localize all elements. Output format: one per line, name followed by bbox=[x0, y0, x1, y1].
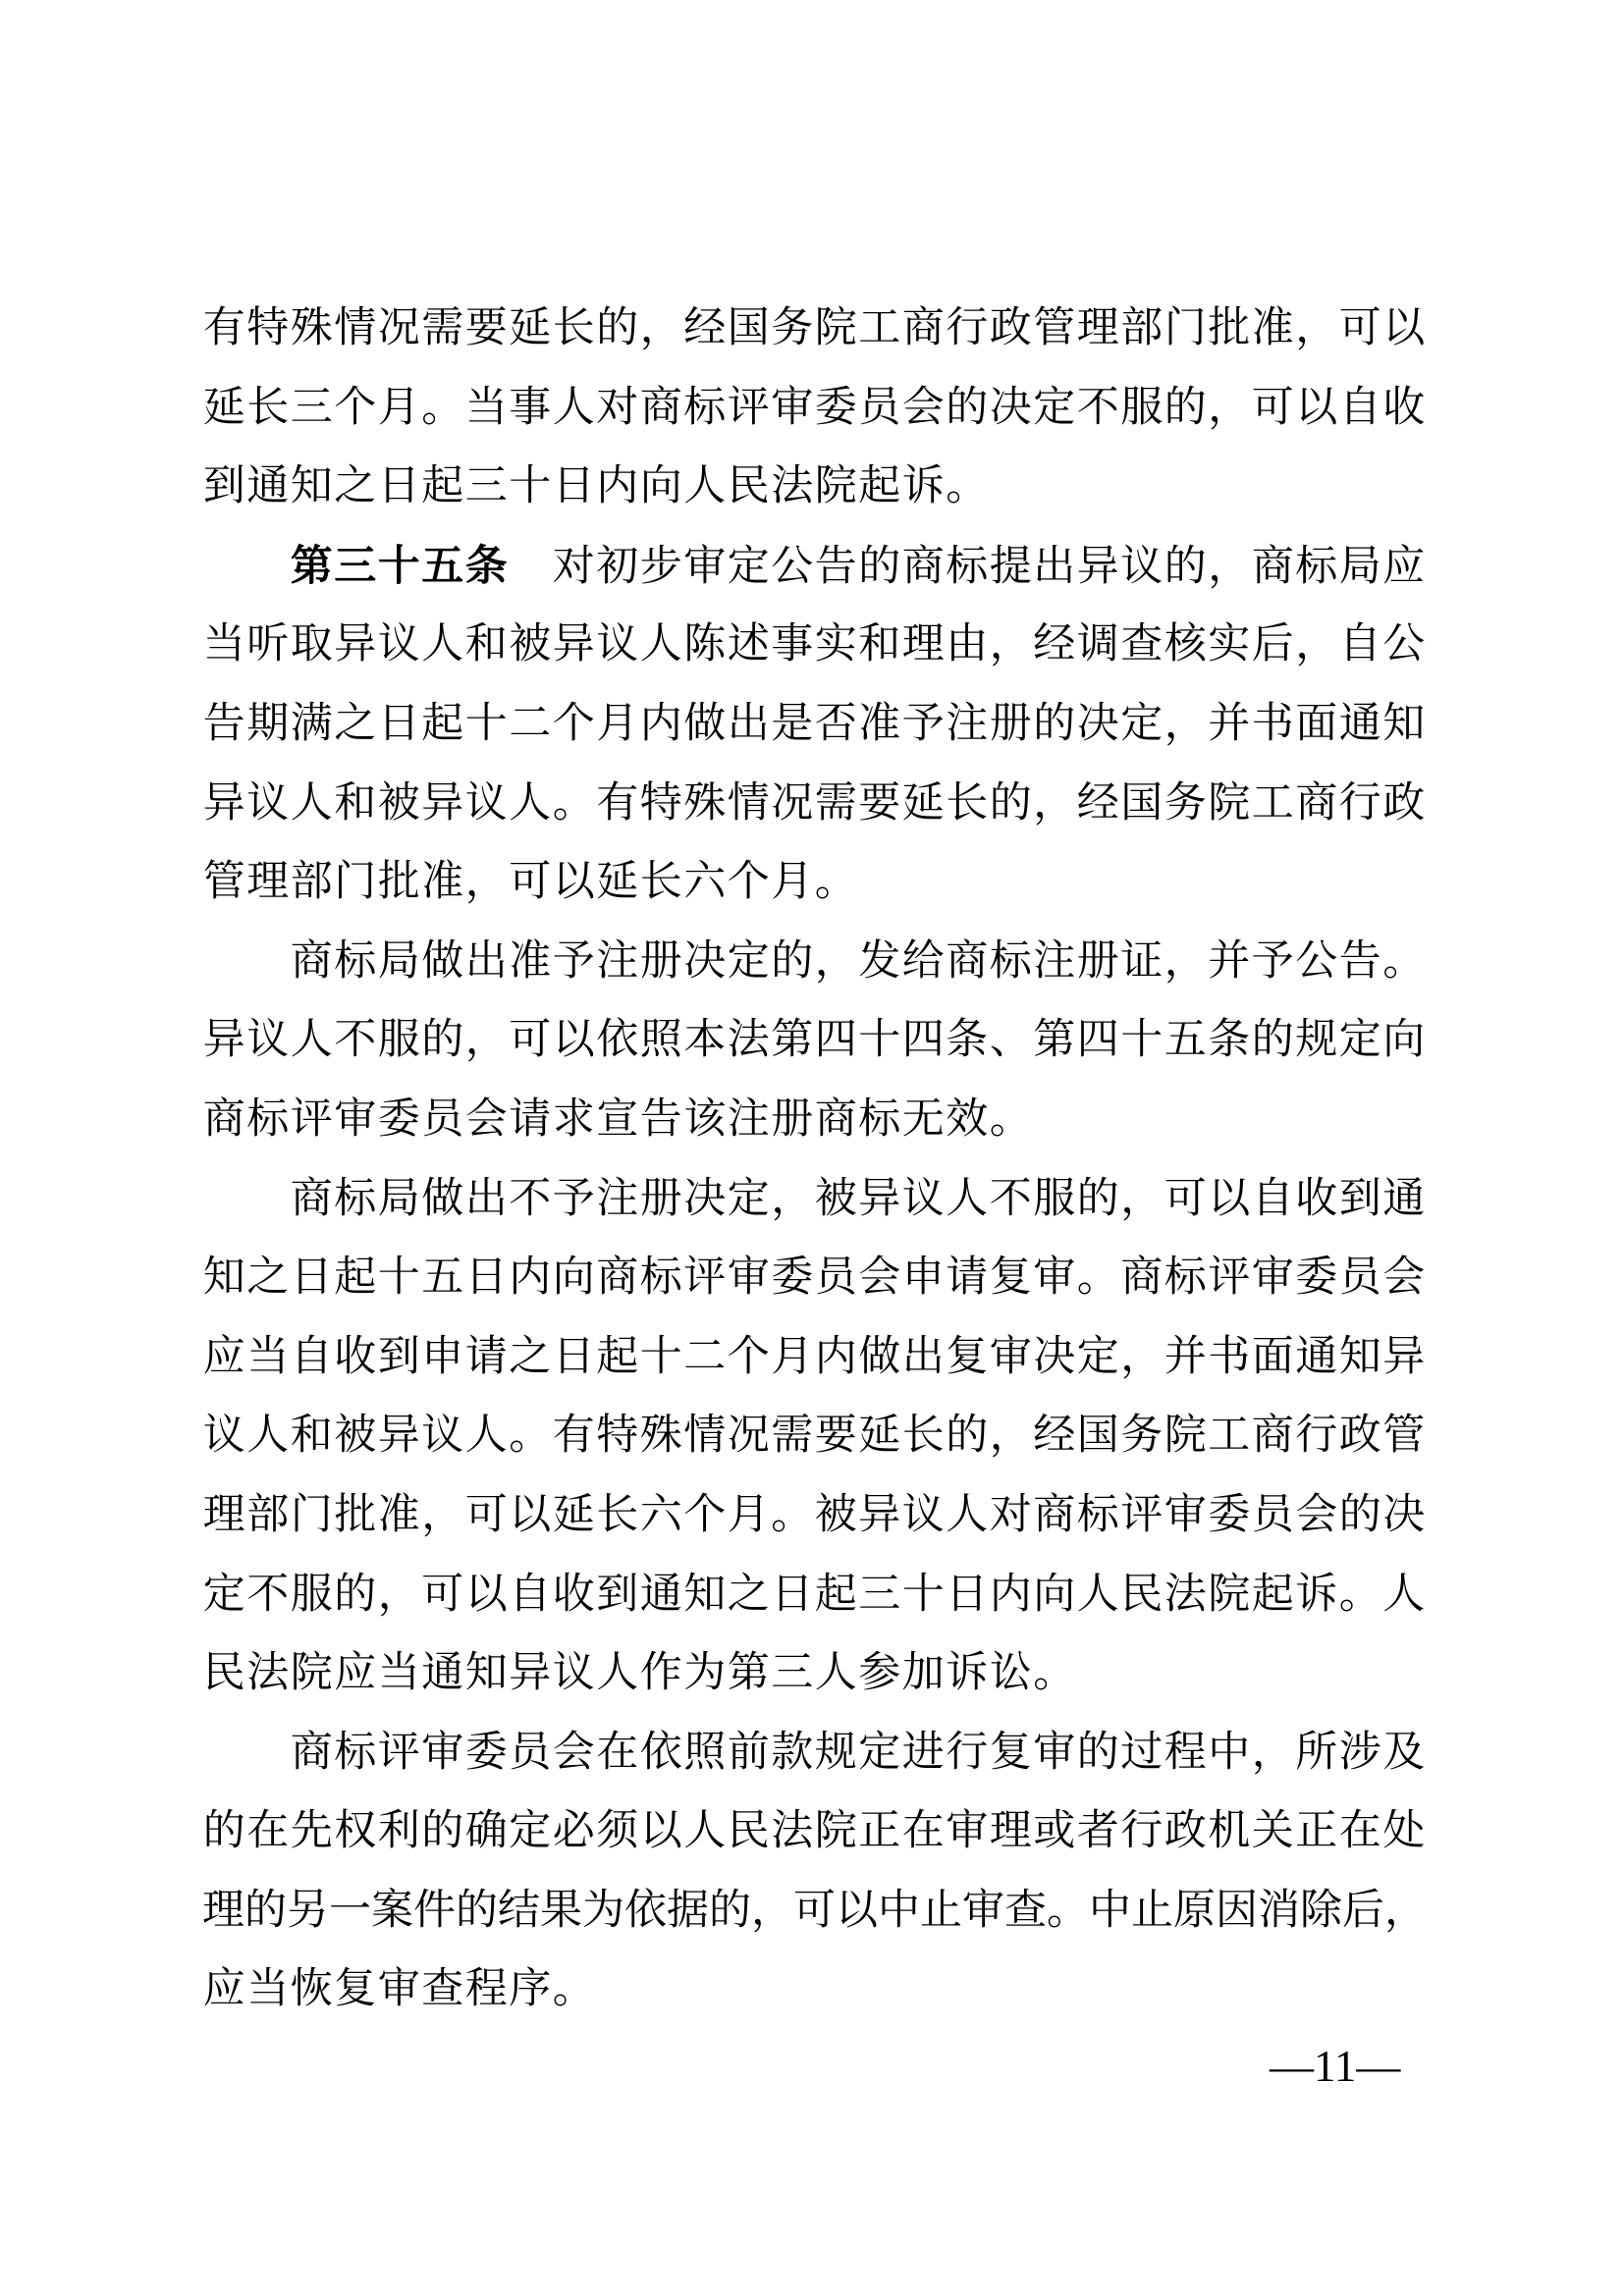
text-line: 管理部门批准，可以延长六个月。 bbox=[202, 843, 1430, 923]
text-line: 民法院应当通知异议人作为第三人参加诉讼。 bbox=[202, 1634, 1430, 1714]
text-run: 对初步审定公告的商标提出异议的，商标局应 bbox=[509, 544, 1427, 590]
text-line: 知之日起十五日内向商标评审委员会申请复审。商标评审委员会 bbox=[202, 1239, 1430, 1318]
text-run: 商标评审委员会在依照前款规定进行复审的过程中，所涉及 bbox=[290, 1730, 1426, 1776]
text-run: 应当自收到申请之日起十二个月内做出复审决定，并书面通知异 bbox=[202, 1334, 1426, 1380]
text-line: 第三十五条 对初步审定公告的商标提出异议的，商标局应 bbox=[202, 527, 1430, 607]
text-line: 理的另一案件的结果为依据的，可以中止审查。中止原因消除后， bbox=[202, 1872, 1430, 1951]
text-line: 异议人和被异议人。有特殊情况需要延长的，经国务院工商行政 bbox=[202, 765, 1430, 844]
text-run: 的在先权利的确定必须以人民法院正在审理或者行政机关正在处 bbox=[202, 1808, 1426, 1854]
text-run: 异议人和被异议人。有特殊情况需要延长的，经国务院工商行政 bbox=[202, 780, 1426, 827]
text-run: 到通知之日起三十日内向人民法院起诉。 bbox=[202, 463, 989, 509]
text-line: 告期满之日起十二个月内做出是否准予注册的决定，并书面通知 bbox=[202, 685, 1430, 765]
text-line: 商标局做出准予注册决定的，发给商标注册证，并予公告。 bbox=[202, 923, 1430, 1002]
text-line: 理部门批准，可以延长六个月。被异议人对商标评审委员会的决 bbox=[202, 1476, 1430, 1556]
text-line: 商标评审委员会请求宣告该注册商标无效。 bbox=[202, 1081, 1430, 1160]
text-line: 议人和被异议人。有特殊情况需要延长的，经国务院工商行政管 bbox=[202, 1397, 1430, 1476]
text-line: 应当自收到申请之日起十二个月内做出复审决定，并书面通知异 bbox=[202, 1318, 1430, 1398]
text-line: 定不服的，可以自收到通知之日起三十日内向人民法院起诉。人 bbox=[202, 1556, 1430, 1635]
text-run: 有特殊情况需要延长的，经国务院工商行政管理部门批准，可以 bbox=[202, 305, 1426, 351]
text-line: 的在先权利的确定必须以人民法院正在审理或者行政机关正在处 bbox=[202, 1792, 1430, 1872]
text-run: 商标评审委员会请求宣告该注册商标无效。 bbox=[202, 1096, 1033, 1143]
text-run: 理的另一案件的结果为依据的，可以中止审查。中止原因消除后， bbox=[202, 1888, 1427, 1934]
text-run: 商标局做出不予注册决定，被异议人不服的，可以自收到通 bbox=[290, 1176, 1426, 1222]
text-line: 异议人不服的，可以依照本法第四十四条、第四十五条的规定向 bbox=[202, 1001, 1430, 1081]
text-run: 商标局做出准予注册决定的，发给商标注册证，并予公告。 bbox=[290, 938, 1426, 985]
text-run: 议人和被异议人。有特殊情况需要延长的，经国务院工商行政管 bbox=[202, 1413, 1426, 1459]
document-body: 有特殊情况需要延长的，经国务院工商行政管理部门批准，可以延长三个月。当事人对商标… bbox=[202, 290, 1430, 2030]
text-line: 商标评审委员会在依照前款规定进行复审的过程中，所涉及 bbox=[202, 1714, 1430, 1793]
text-line: 到通知之日起三十日内向人民法院起诉。 bbox=[202, 448, 1430, 527]
article-number: 第三十五条 bbox=[290, 544, 509, 590]
text-run: 知之日起十五日内向商标评审委员会申请复审。商标评审委员会 bbox=[202, 1255, 1426, 1301]
text-run: 管理部门批准，可以延长六个月。 bbox=[202, 859, 858, 905]
text-run: 定不服的，可以自收到通知之日起三十日内向人民法院起诉。人 bbox=[202, 1572, 1426, 1618]
text-line: 延长三个月。当事人对商标评审委员会的决定不服的，可以自收 bbox=[202, 369, 1430, 449]
text-line: 应当恢复审查程序。 bbox=[202, 1950, 1430, 2030]
text-run: 异议人不服的，可以依照本法第四十四条、第四十五条的规定向 bbox=[202, 1017, 1426, 1063]
text-line: 当听取异议人和被异议人陈述事实和理由，经调查核实后，自公 bbox=[202, 606, 1430, 685]
text-run: 当听取异议人和被异议人陈述事实和理由，经调查核实后，自公 bbox=[202, 621, 1426, 667]
text-run: 民法院应当通知异议人作为第三人参加诉讼。 bbox=[202, 1650, 1076, 1696]
text-line: 有特殊情况需要延长的，经国务院工商行政管理部门批准，可以 bbox=[202, 290, 1430, 369]
text-run: 告期满之日起十二个月内做出是否准予注册的决定，并书面通知 bbox=[202, 701, 1426, 747]
document-page: 有特殊情况需要延长的，经国务院工商行政管理部门批准，可以延长三个月。当事人对商标… bbox=[0, 0, 1624, 2296]
page-number: —11— bbox=[1270, 2043, 1400, 2090]
text-run: 延长三个月。当事人对商标评审委员会的决定不服的，可以自收 bbox=[202, 385, 1426, 431]
text-run: 应当恢复审查程序。 bbox=[202, 1966, 596, 2012]
text-line: 商标局做出不予注册决定，被异议人不服的，可以自收到通 bbox=[202, 1160, 1430, 1240]
text-run: 理部门批准，可以延长六个月。被异议人对商标评审委员会的决 bbox=[202, 1492, 1426, 1538]
